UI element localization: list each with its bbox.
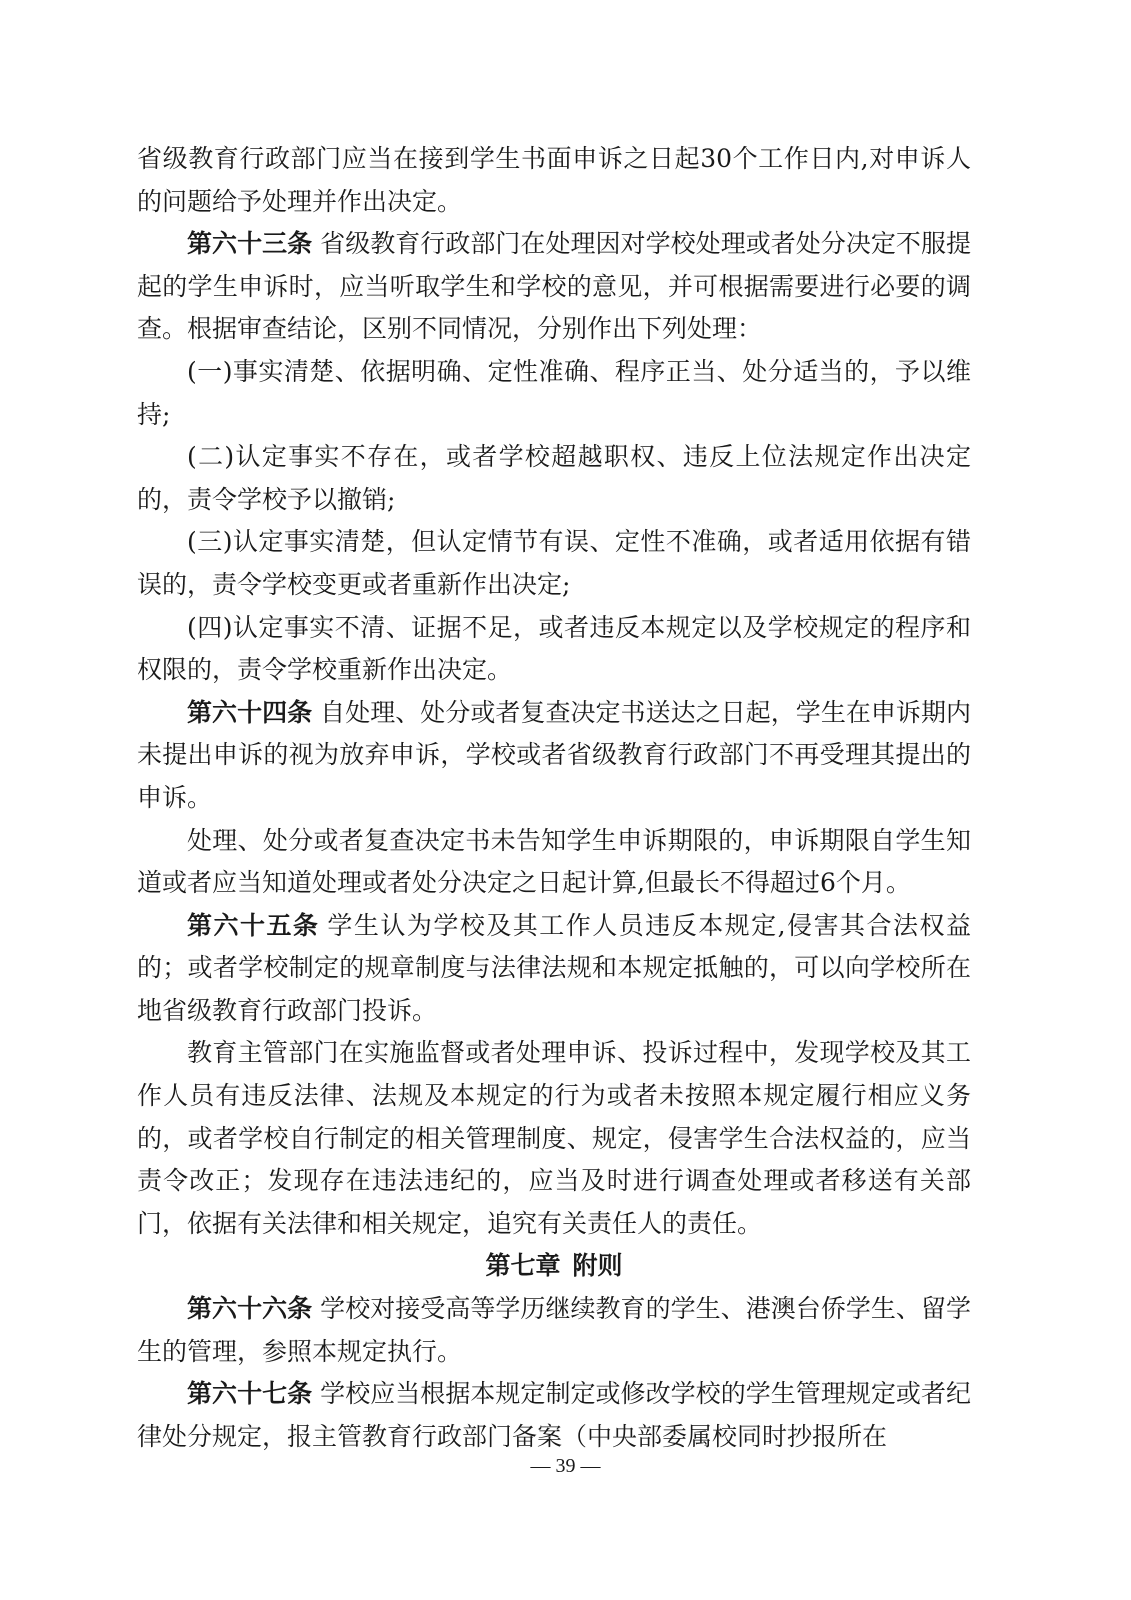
paragraph-text: (一)事实清楚、依据明确、定性准确、程序正当、处分适当的，予以维持; [137, 357, 971, 429]
article-heading: 第六十三条 [187, 229, 312, 258]
paragraph: 处理、处分或者复查决定书未告知学生申诉期限的，申诉期限自学生知道或者应当知道处理… [137, 820, 971, 905]
page-number: — 39 — [0, 1455, 1131, 1478]
article-65: 第六十五条学生认为学校及其工作人员违反本规定,侵害其合法权益的；或者学校制定的规… [137, 905, 971, 1033]
chapter-title: 附则 [573, 1251, 623, 1280]
paragraph-text: (二)认定事实不存在，或者学校超越职权、违反上位法规定作出决定的，责令学校予以撤… [137, 442, 971, 514]
article-heading: 第六十五条 [187, 911, 319, 940]
paragraph-text: 省级教育行政部门应当在接到学生书面申诉之日起30个工作日内,对申诉人的问题给予处… [137, 144, 971, 216]
paragraph: 教育主管部门在实施监督或者处理申诉、投诉过程中，发现学校及其工作人员有违反法律、… [137, 1032, 971, 1245]
chapter-heading: 第七章附则 [137, 1245, 971, 1288]
article-heading: 第六十四条 [187, 698, 312, 727]
paragraph-text: (四)认定事实不清、证据不足，或者违反本规定以及学校规定的程序和权限的，责令学校… [137, 613, 971, 685]
article-63: 第六十三条省级教育行政部门在处理因对学校处理或者处分决定不服提起的学生申诉时，应… [137, 223, 971, 351]
chapter-number: 第七章 [485, 1251, 560, 1280]
article-67: 第六十七条学校应当根据本规定制定或修改学校的学生管理规定或者纪律处分规定，报主管… [137, 1373, 971, 1458]
list-item: (一)事实清楚、依据明确、定性准确、程序正当、处分适当的，予以维持; [137, 351, 971, 436]
article-64: 第六十四条自处理、处分或者复查决定书送达之日起，学生在申诉期内未提出申诉的视为放… [137, 692, 971, 820]
paragraph: 省级教育行政部门应当在接到学生书面申诉之日起30个工作日内,对申诉人的问题给予处… [137, 138, 971, 223]
article-heading: 第六十六条 [187, 1294, 312, 1323]
document-page: 省级教育行政部门应当在接到学生书面申诉之日起30个工作日内,对申诉人的问题给予处… [137, 138, 971, 1458]
article-heading: 第六十七条 [187, 1379, 312, 1408]
paragraph-text: (三)认定事实清楚，但认定情节有误、定性不准确，或者适用依据有错误的，责令学校变… [137, 527, 971, 599]
article-66: 第六十六条学校对接受高等学历继续教育的学生、港澳台侨学生、留学生的管理，参照本规… [137, 1288, 971, 1373]
list-item: (三)认定事实清楚，但认定情节有误、定性不准确，或者适用依据有错误的，责令学校变… [137, 521, 971, 606]
paragraph-text: 处理、处分或者复查决定书未告知学生申诉期限的，申诉期限自学生知道或者应当知道处理… [137, 826, 971, 898]
list-item: (二)认定事实不存在，或者学校超越职权、违反上位法规定作出决定的，责令学校予以撤… [137, 436, 971, 521]
paragraph-text: 教育主管部门在实施监督或者处理申诉、投诉过程中，发现学校及其工作人员有违反法律、… [137, 1038, 971, 1237]
list-item: (四)认定事实不清、证据不足，或者违反本规定以及学校规定的程序和权限的，责令学校… [137, 607, 971, 692]
